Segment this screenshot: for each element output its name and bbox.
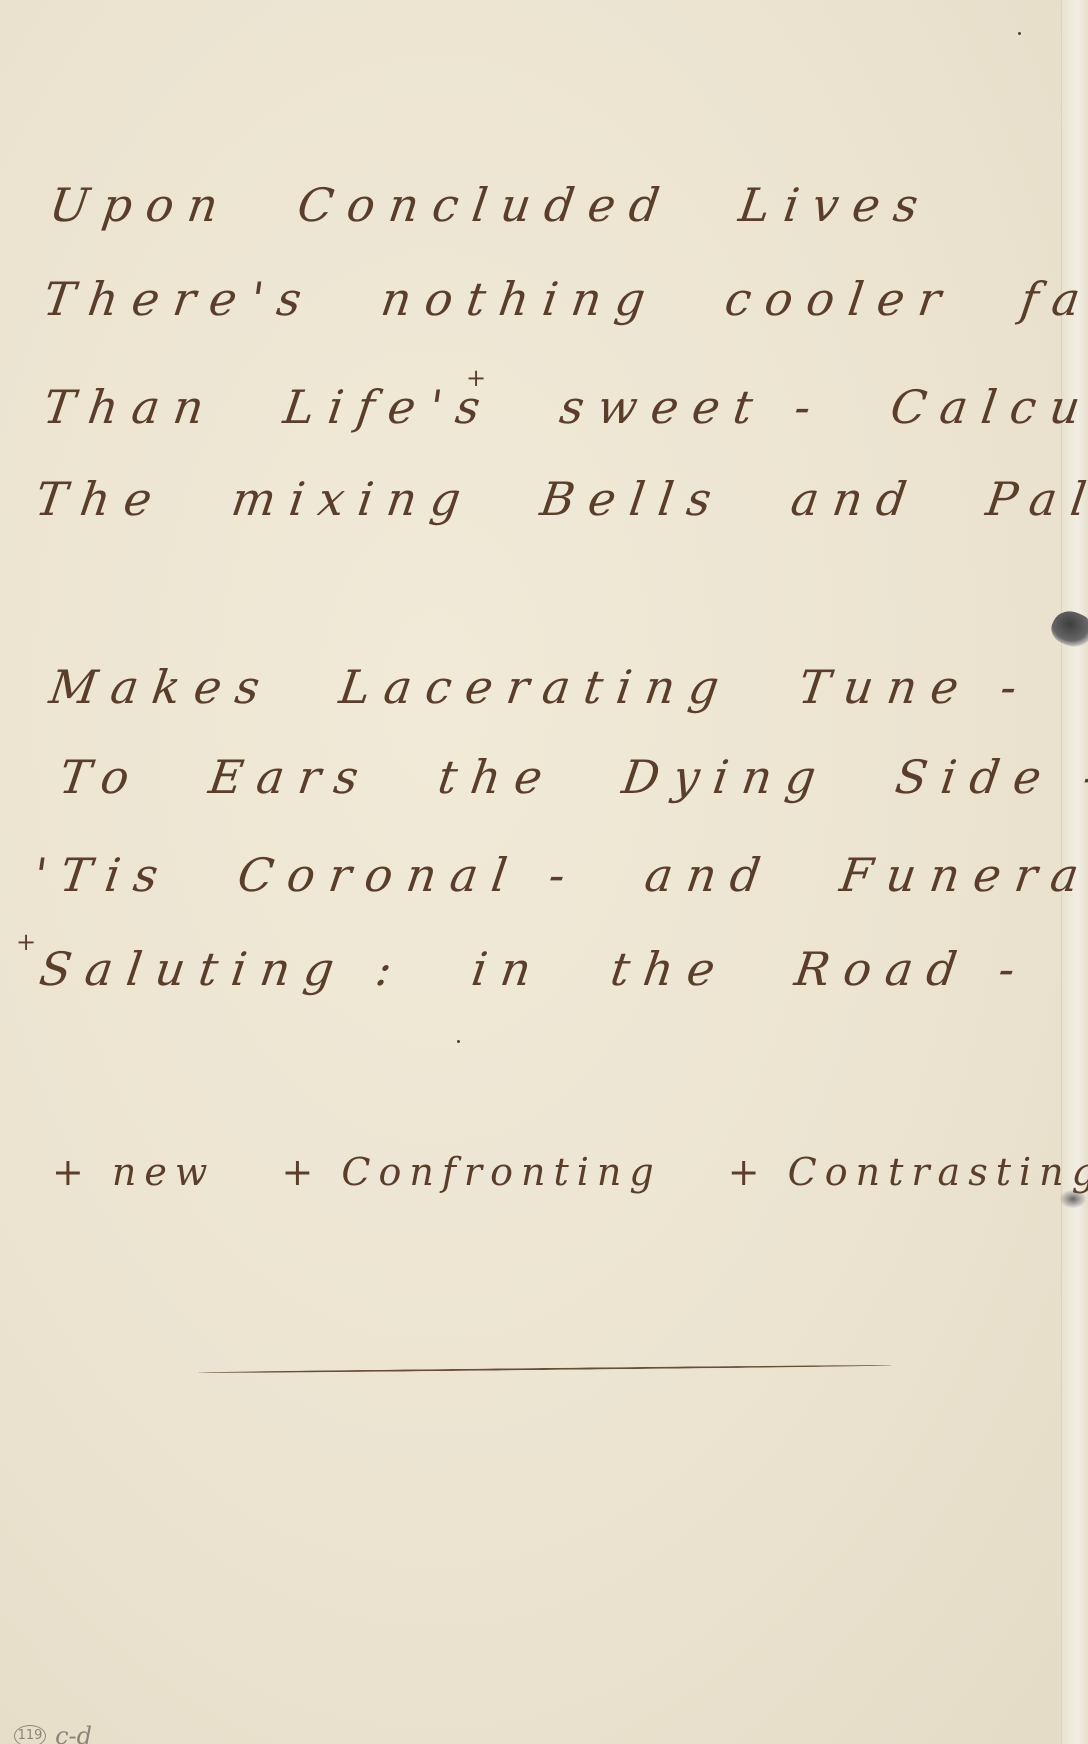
poem-line-6: To Ears the Dying Side - [56,750,1088,804]
word: Ears [206,750,376,804]
circled-page-number: 119 [14,1725,46,1744]
word: Dying [619,750,833,804]
word: mixing [228,472,478,526]
poem-line-7: 'Tis Coronal - and Funeral - [30,848,1088,902]
ink-dot [457,1040,460,1043]
word: falls - [1017,272,1088,326]
word: Makes [46,660,277,714]
word: and [642,848,778,902]
variant-marker: + [16,928,36,956]
word: Lives [736,178,936,232]
word: Palls - [983,472,1088,526]
word: the [607,942,732,996]
word: To [56,750,146,804]
ink-smudge [1060,1190,1086,1208]
word: Side - [892,750,1088,804]
word: Upon [46,178,235,232]
variant-new: + new [52,1150,215,1194]
ink-dot [1018,32,1021,35]
word: Than [40,380,221,434]
word: sweet - [557,380,829,434]
word: Tune - [795,660,1034,714]
word: The [32,472,169,526]
poem-line-1: Upon Concluded Lives [46,178,973,232]
word: Funeral - [837,848,1088,902]
poem-line-8: Saluting : in the Road - [36,942,1070,996]
word: Coronal - [234,848,582,902]
archive-code: c-d [55,1722,92,1744]
word: and [788,472,924,526]
poem-line-2: There's nothing cooler falls - [40,272,1088,326]
word: in [469,942,549,996]
archive-annotation: 119 c-d [14,1722,92,1744]
word: Calculations - [887,380,1088,434]
word: nothing [378,272,663,326]
variant-list: + new + Confronting + Contrasting [52,1150,1088,1194]
variant-contrasting: + Contrasting [728,1150,1088,1194]
word: Road - [791,942,1032,996]
word: Lacerating [336,660,736,714]
word: Saluting : [36,942,409,996]
word: the [435,750,560,804]
word: Life's [280,380,497,434]
word: There's [40,272,319,326]
end-rule [198,1364,892,1373]
manuscript-page: Upon Concluded Lives There's nothing coo… [0,0,1088,1744]
poem-line-3: Than Life's sweet - Calculations - [40,380,1088,434]
word: cooler [722,272,959,326]
word: Concluded [294,178,676,232]
poem-line-4: The mixing Bells and Palls - [32,472,1088,526]
variant-confronting: + Confronting [282,1150,662,1194]
word: Bells [537,472,729,526]
poem-line-5: Makes Lacerating Tune - [46,660,1072,714]
word: 'Tis [30,848,175,902]
